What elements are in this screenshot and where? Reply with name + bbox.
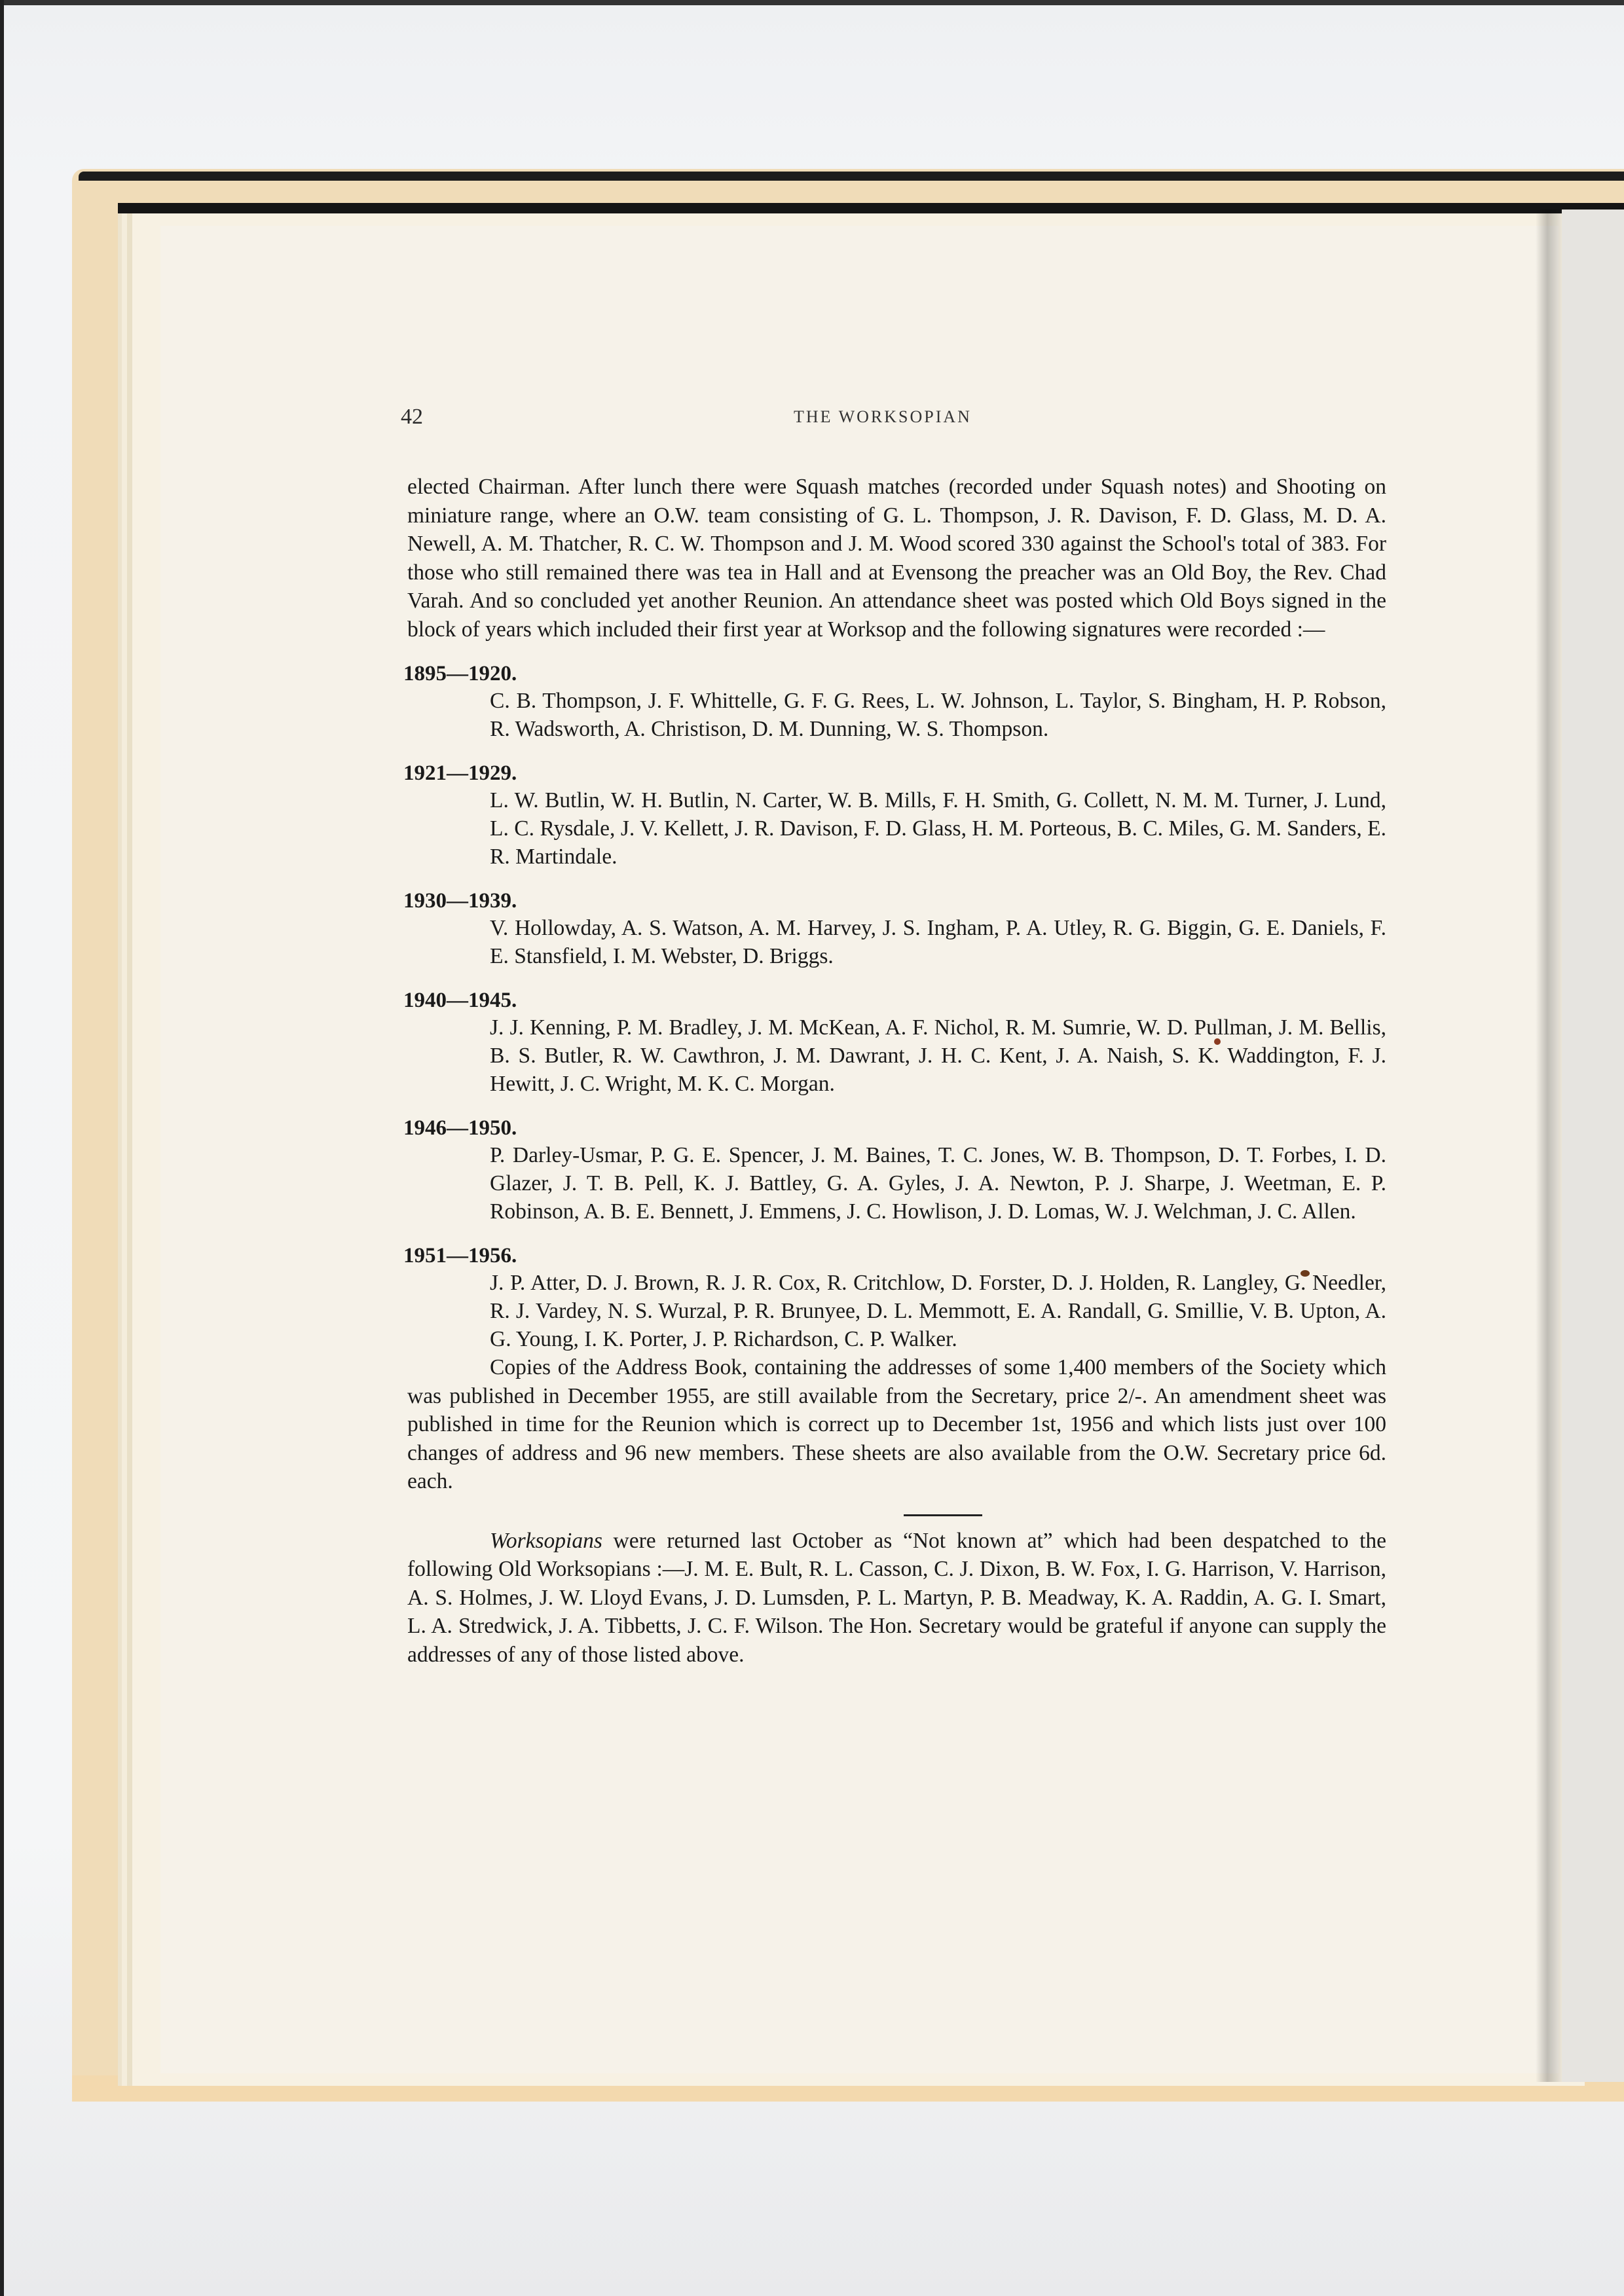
journal-title: THE WORKSOPIAN bbox=[794, 407, 972, 427]
facing-page-edge bbox=[1562, 210, 1624, 2082]
signature-names: J. J. Kenning, P. M. Bradley, J. M. McKe… bbox=[490, 1013, 1386, 1098]
foxing-spot bbox=[1214, 1038, 1221, 1045]
page-number: 42 bbox=[401, 405, 423, 429]
signature-years: 1940—1945. bbox=[403, 987, 1386, 1013]
signature-block: 1921—1929. L. W. Butlin, W. H. Butlin, N… bbox=[407, 760, 1386, 871]
cover-top-shadow bbox=[79, 172, 1624, 181]
signature-years: 1895—1920. bbox=[403, 661, 1386, 687]
signature-names: V. Hollowday, A. S. Watson, A. M. Harvey… bbox=[490, 914, 1386, 970]
signature-names: C. B. Thompson, J. F. Whittelle, G. F. G… bbox=[490, 687, 1386, 743]
scan-top-edge bbox=[0, 0, 1624, 5]
signature-years: 1921—1929. bbox=[403, 760, 1386, 786]
returned-paragraph: Worksopians were returned last October a… bbox=[407, 1527, 1386, 1669]
signature-years: 1946—1950. bbox=[403, 1115, 1386, 1141]
signature-block: 1940—1945. J. J. Kenning, P. M. Bradley,… bbox=[407, 987, 1386, 1098]
signature-names: L. W. Butlin, W. H. Butlin, N. Carter, W… bbox=[490, 786, 1386, 871]
signature-block: 1895—1920. C. B. Thompson, J. F. Whittel… bbox=[407, 661, 1386, 743]
signature-years: 1930—1939. bbox=[403, 888, 1386, 914]
signature-names: P. Darley-Usmar, P. G. E. Spencer, J. M.… bbox=[490, 1141, 1386, 1226]
signature-block: 1951—1956. J. P. Atter, D. J. Brown, R. … bbox=[407, 1243, 1386, 1353]
address-book-paragraph: Copies of the Address Book, containing t… bbox=[407, 1353, 1386, 1496]
signature-years: 1951—1956. bbox=[403, 1243, 1386, 1269]
running-head: 42 THE WORKSOPIAN bbox=[401, 405, 1396, 431]
signature-names: J. P. Atter, D. J. Brown, R. J. R. Cox, … bbox=[490, 1269, 1386, 1353]
section-divider bbox=[904, 1514, 982, 1516]
intro-paragraph: elected Chairman. After lunch there were… bbox=[407, 473, 1386, 644]
returned-italic-lead: Worksopians bbox=[490, 1529, 602, 1553]
book-gutter bbox=[1536, 210, 1562, 2082]
ink-blot bbox=[1301, 1270, 1310, 1277]
cover-inner-shadow bbox=[118, 203, 1624, 213]
signature-block: 1946—1950. P. Darley-Usmar, P. G. E. Spe… bbox=[407, 1115, 1386, 1226]
signature-block: 1930—1939. V. Hollowday, A. S. Watson, A… bbox=[407, 888, 1386, 970]
scan-left-edge bbox=[0, 0, 4, 2296]
article-body: elected Chairman. After lunch there were… bbox=[407, 473, 1386, 1669]
